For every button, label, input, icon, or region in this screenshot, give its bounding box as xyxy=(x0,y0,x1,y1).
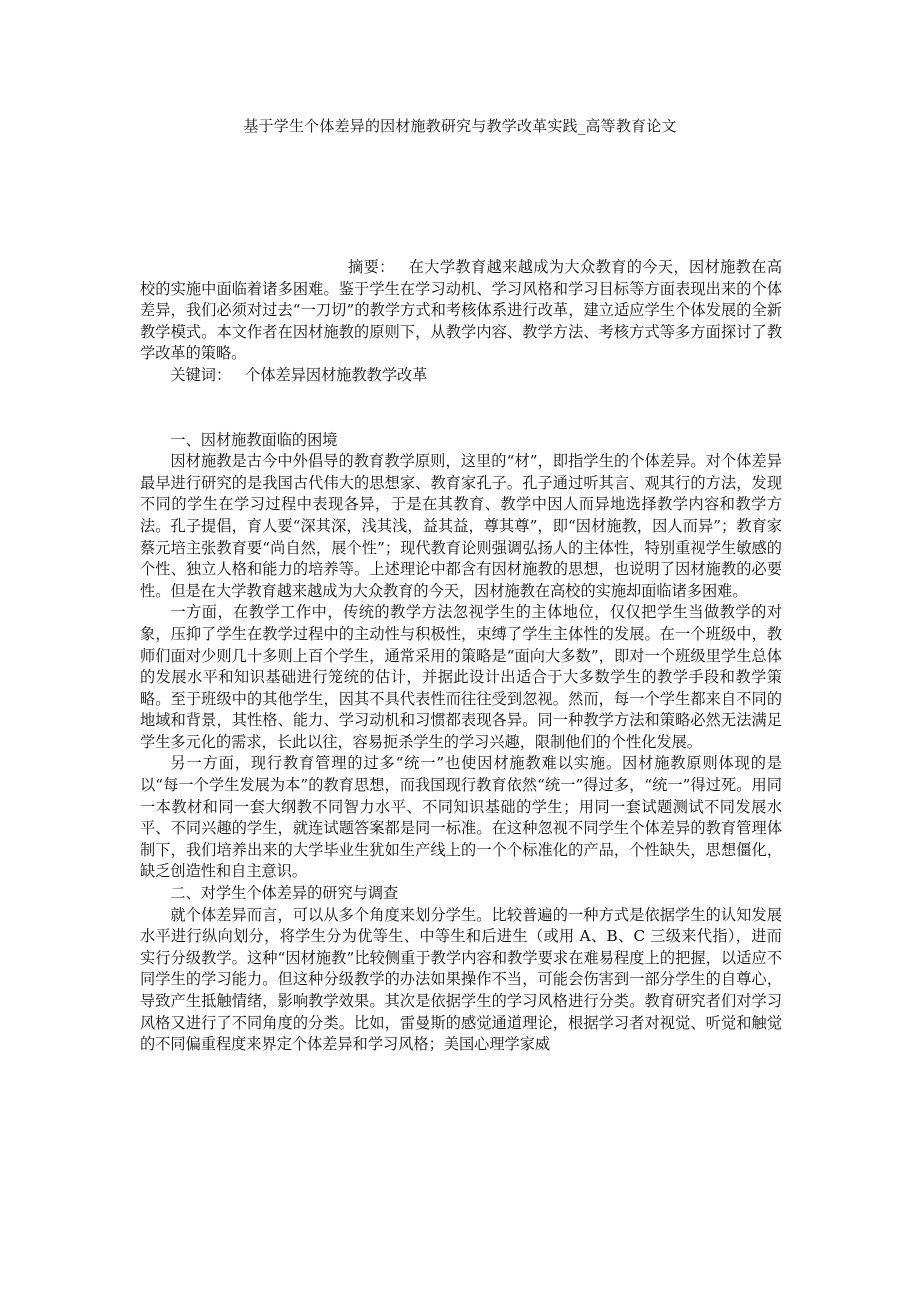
abstract-text: 在大学教育越来越成为大众教育的今天，因材施教在高校的实施中面临着诸多困难。鉴于学… xyxy=(140,258,782,362)
paragraph: 因材施教是古今中外倡导的教育教学原则，这里的“材”，即指学生的个体差异。对个体差… xyxy=(140,451,782,602)
document-title: 基于学生个体差异的因材施教研究与教学改革实践_高等教育论文 xyxy=(0,115,920,136)
paragraph: 一方面，在教学工作中，传统的教学方法忽视学生的主体地位，仅仅把学生当做教学的对象… xyxy=(140,602,782,753)
document-body: 摘要：在大学教育越来越成为大众教育的今天，因材施教在高校的实施中面临着诸多困难。… xyxy=(140,257,782,1056)
keywords: 关键词：个体差异因材施教教学改革 xyxy=(140,365,782,387)
section-heading-2: 二、对学生个体差异的研究与调查 xyxy=(140,883,782,905)
abstract: 摘要：在大学教育越来越成为大众教育的今天，因材施教在高校的实施中面临着诸多困难。… xyxy=(140,257,782,365)
keywords-text: 个体差异因材施教教学改革 xyxy=(245,366,427,384)
paragraph: 就个体差异而言，可以从多个角度来划分学生。比较普遍的一种方式是依据学生的认知发展… xyxy=(140,905,782,1056)
abstract-label: 摘要： xyxy=(348,258,395,276)
spacer xyxy=(140,387,782,430)
keywords-label: 关键词： xyxy=(170,366,231,384)
paragraph: 另一方面，现行教育管理的过多“统一”也使因材施教难以实施。因材施教原则体现的是以… xyxy=(140,753,782,883)
section-heading-1: 一、因材施教面临的困境 xyxy=(140,430,782,452)
